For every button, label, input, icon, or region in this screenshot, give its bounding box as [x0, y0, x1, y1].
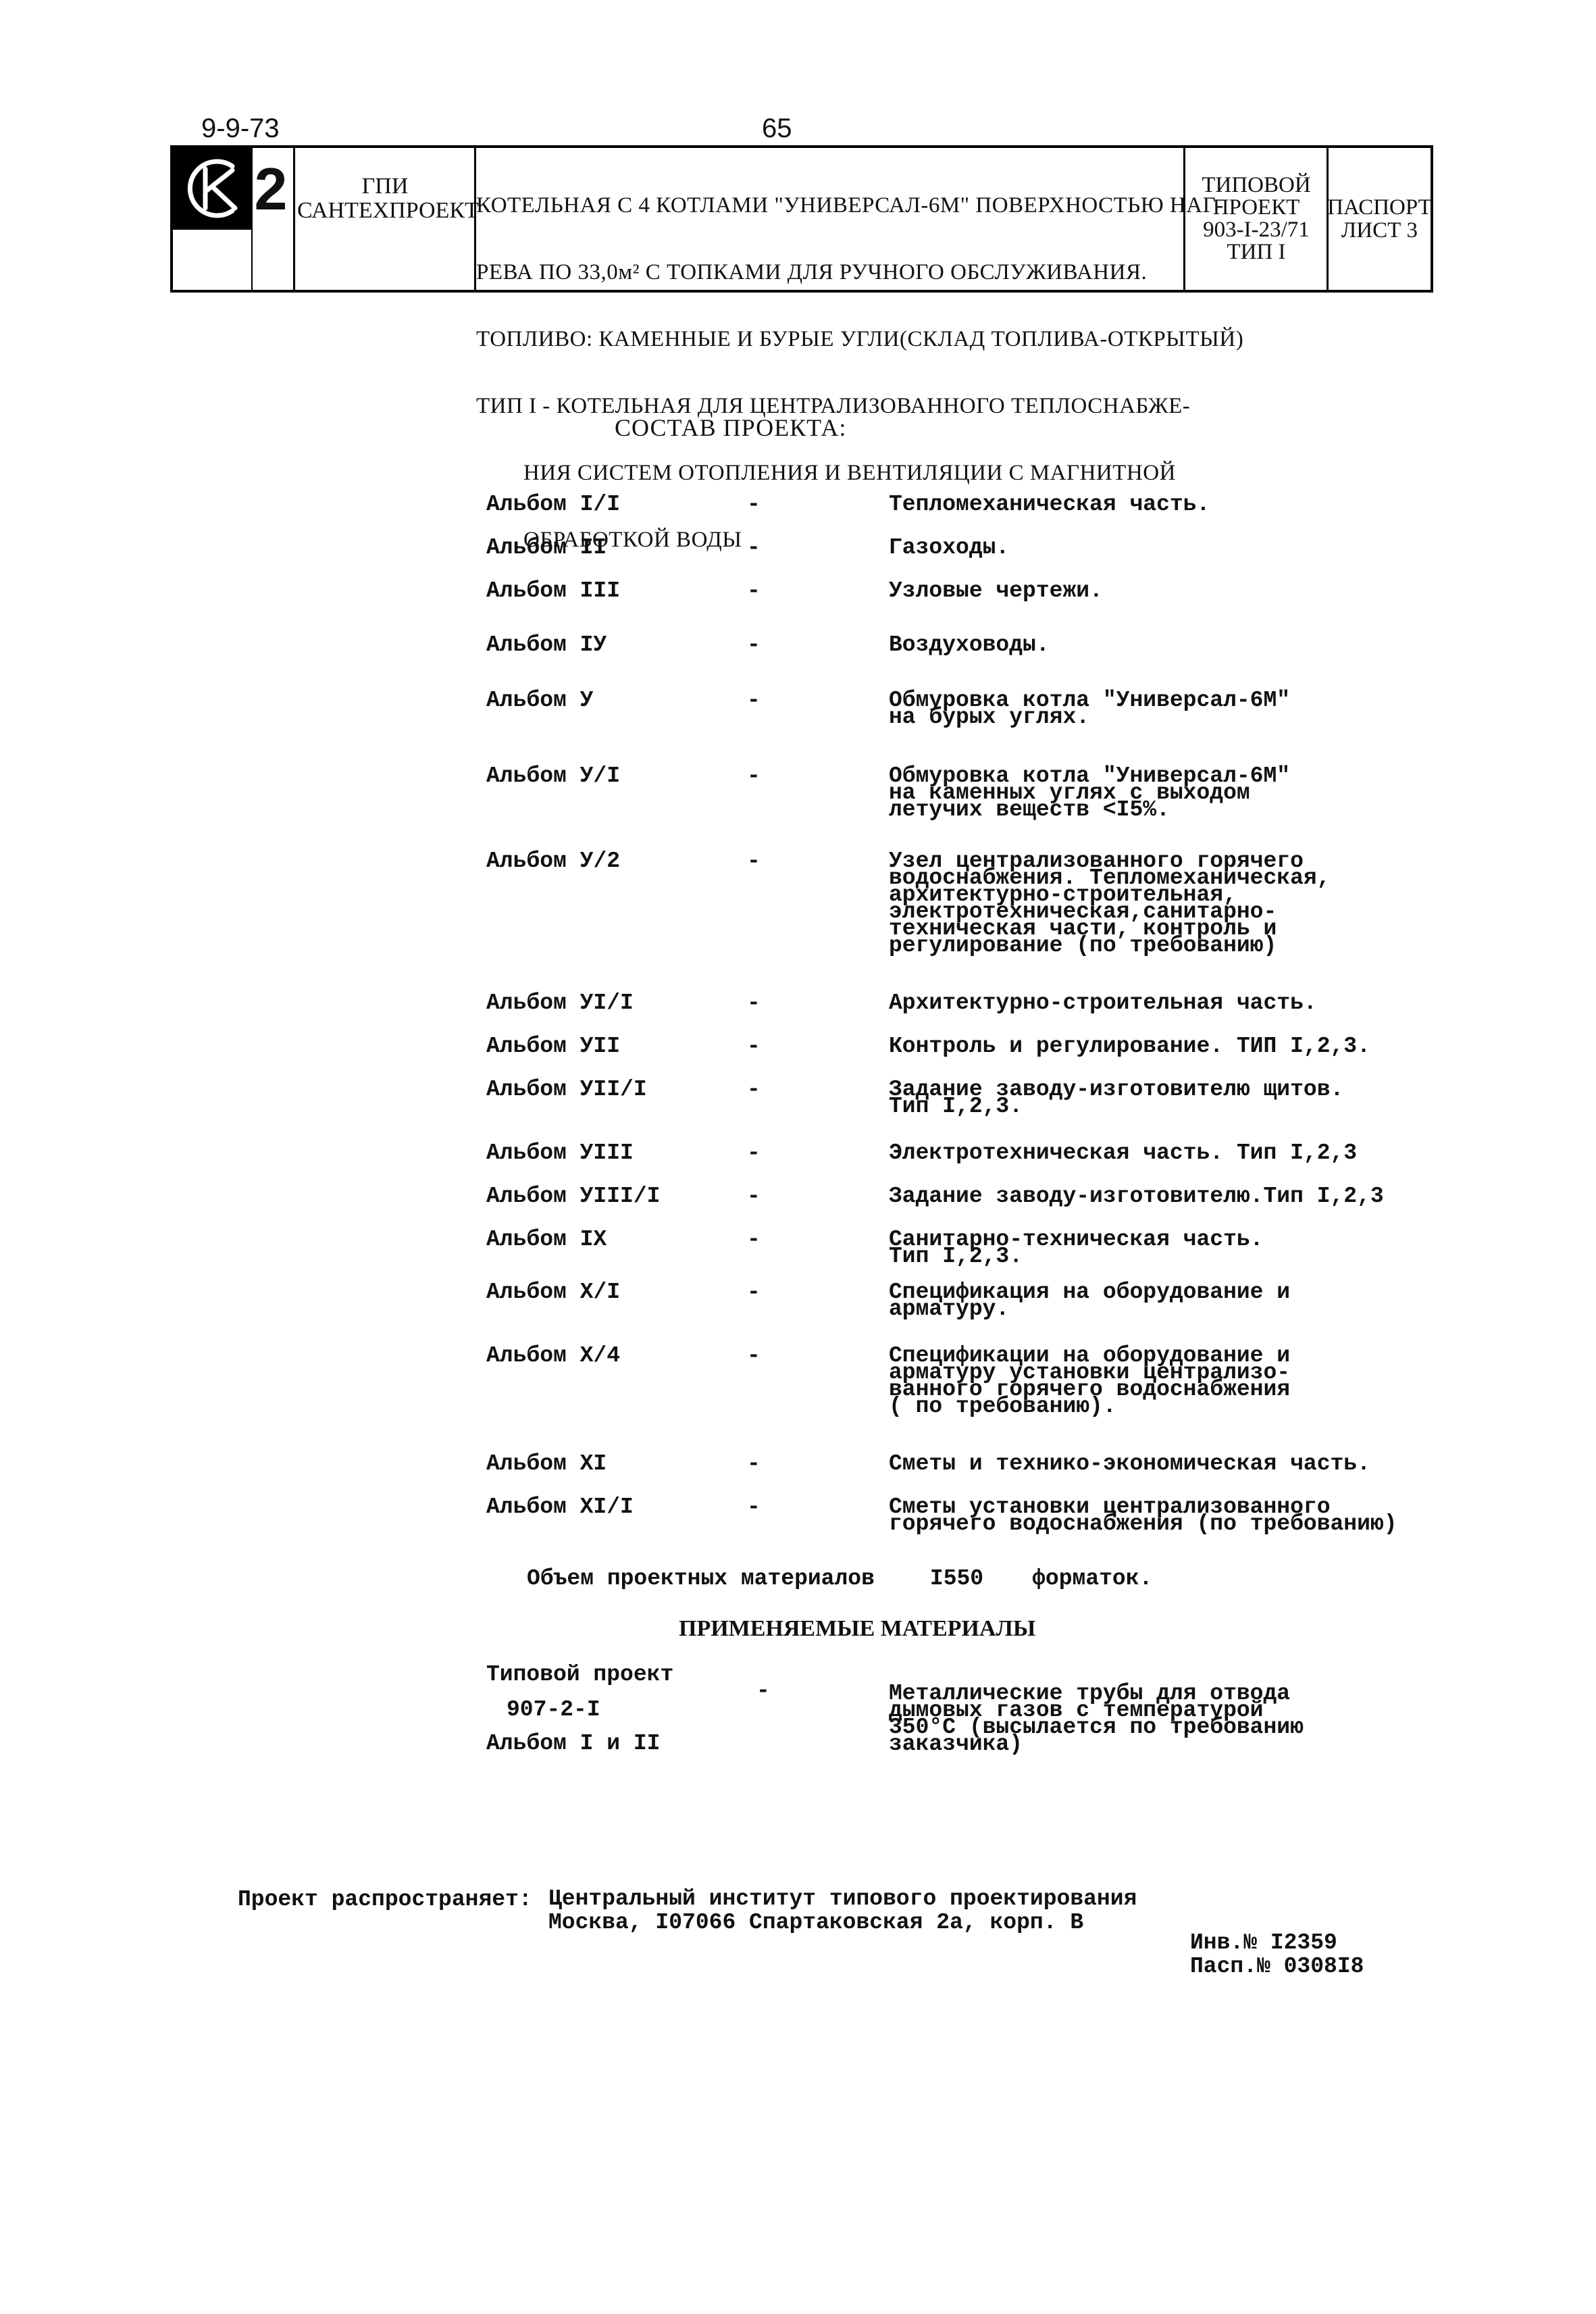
applied-project-label: Типовой проект — [486, 1662, 673, 1687]
volume-line: Объем проектных материаловI550форматок. — [527, 1566, 1152, 1591]
album-description: Электротехническая часть. Тип I,2,3 — [889, 1145, 1357, 1161]
volume-unit: форматок. — [1032, 1566, 1152, 1591]
page-number: 65 — [762, 114, 792, 144]
organization-line: ГПИ — [297, 174, 473, 199]
album-description: Контроль и регулирование. ТИП I,2,3. — [889, 1038, 1370, 1055]
project-line: ПРОЕКТ — [1185, 197, 1327, 219]
dash: - — [747, 578, 761, 603]
series-number: 2 — [251, 149, 290, 230]
album-label: Альбом XI — [486, 1451, 607, 1476]
album-label: Альбом II — [486, 535, 607, 560]
album-label: Альбом III — [486, 578, 620, 603]
passport-line: ПАСПОРТ — [1327, 196, 1432, 219]
volume-label: Объем проектных материалов — [527, 1566, 875, 1591]
organization-line: САНТЕХПРОЕКТ — [297, 199, 473, 223]
album-label: Альбом IX — [486, 1227, 607, 1252]
album-description: Задание заводу-изготовителю щитов. Тип I… — [889, 1081, 1343, 1115]
date-code: 9-9-73 — [201, 114, 280, 144]
composition-title: СОСТАВ ПРОЕКТА: — [615, 413, 846, 442]
dash: - — [747, 1184, 761, 1209]
title-line: НИЯ СИСТЕМ ОТОПЛЕНИЯ И ВЕНТИЛЯЦИИ С МАГН… — [476, 462, 1185, 484]
album-label: Альбом У — [486, 688, 593, 713]
divider — [293, 148, 295, 290]
applied-materials-title: ПРИМЕНЯЕМЫЕ МАТЕРИАЛЫ — [679, 1616, 1035, 1642]
dash: - — [747, 688, 761, 713]
project-line: ТИПОВОЙ — [1185, 174, 1327, 197]
dash: - — [747, 535, 761, 560]
distributor-text: Центральный институт типового проектиров… — [548, 1887, 1137, 1934]
album-description: Узел централизованного горячего водоснаб… — [889, 853, 1331, 954]
album-label: Альбом У/2 — [486, 849, 620, 874]
project-line: 903-I-23/71 — [1185, 219, 1327, 241]
applied-project-number: 907-2-I — [507, 1697, 600, 1722]
dash: - — [747, 1494, 761, 1519]
album-label: Альбом УI/I — [486, 990, 634, 1015]
dash: - — [747, 763, 761, 788]
title-line: ТОПЛИВО: КАМЕННЫЕ И БУРЫЕ УГЛИ(СКЛАД ТОП… — [476, 328, 1185, 351]
album-description: Сметы установки централизованного горяче… — [889, 1499, 1397, 1532]
album-label: Альбом УII/I — [486, 1077, 647, 1102]
passport-line: ЛИСТ 3 — [1327, 219, 1432, 242]
organization: ГПИ САНТЕХПРОЕКТ — [297, 174, 473, 223]
album-label: Альбом I/I — [486, 492, 620, 517]
dash: - — [747, 1227, 761, 1252]
title-line: РЕВА ПО 33,0м² С ТОПКАМИ ДЛЯ РУЧНОГО ОБС… — [476, 261, 1185, 284]
album-label: Альбом X/4 — [486, 1343, 620, 1368]
dash: - — [747, 1343, 761, 1368]
album-description: Воздуховоды. — [889, 636, 1050, 653]
dash: - — [747, 1280, 761, 1305]
dash: - — [747, 990, 761, 1015]
inventory-numbers: Инв.№ I2359 Пасп.№ 0308I8 — [1190, 1931, 1364, 1978]
album-description: Архитектурно-строительная часть. — [889, 995, 1317, 1011]
dash: - — [747, 1077, 761, 1102]
ck-logo-icon — [170, 147, 253, 230]
album-label: Альбом IУ — [486, 632, 607, 657]
album-description: Спецификации на оборудование и арматуру … — [889, 1347, 1290, 1415]
dash: - — [747, 1140, 761, 1165]
album-description: Тепломеханическая часть. — [889, 496, 1210, 513]
album-description: Санитарно-техническая часть. Тип I,2,3. — [889, 1231, 1264, 1265]
album-description: Спецификация на оборудование и арматуру. — [889, 1284, 1290, 1317]
distributor-label: Проект распространяет: — [238, 1887, 532, 1912]
album-description: Газоходы. — [889, 539, 1009, 556]
dash: - — [747, 1451, 761, 1476]
album-description: Узловые чертежи. — [889, 582, 1103, 599]
passport-block: ПАСПОРТ ЛИСТ 3 — [1327, 196, 1432, 242]
album-label: Альбом УIII — [486, 1140, 634, 1165]
dash: - — [747, 492, 761, 517]
project-number-block: ТИПОВОЙ ПРОЕКТ 903-I-23/71 ТИП I — [1185, 174, 1327, 263]
album-label: Альбом X/I — [486, 1280, 620, 1305]
project-line: ТИП I — [1185, 241, 1327, 263]
album-label: Альбом У/I — [486, 763, 620, 788]
dash: - — [747, 849, 761, 874]
album-description: Обмуровка котла "Универсал-6М" на каменн… — [889, 768, 1290, 818]
title-line: КОТЕЛЬНАЯ С 4 КОТЛАМИ "УНИВЕРСАЛ-6М" ПОВ… — [476, 195, 1185, 217]
dash: - — [756, 1678, 770, 1703]
volume-value: I550 — [930, 1566, 983, 1591]
applied-description: Металлические трубы для отвода дымовых г… — [889, 1685, 1304, 1753]
album-label: Альбом УIII/I — [486, 1184, 660, 1209]
applied-album: Альбом I и II — [486, 1731, 660, 1756]
album-description: Сметы и технико-экономическая часть. — [889, 1455, 1370, 1472]
album-label: Альбом XI/I — [486, 1494, 634, 1519]
ck-logo-icon — [170, 147, 253, 230]
album-description: Задание заводу-изготовителю.Тип I,2,3 — [889, 1188, 1384, 1205]
album-label: Альбом УII — [486, 1034, 620, 1059]
album-description: Обмуровка котла "Универсал-6М" на бурых … — [889, 692, 1290, 726]
dash: - — [747, 1034, 761, 1059]
dash: - — [747, 632, 761, 657]
